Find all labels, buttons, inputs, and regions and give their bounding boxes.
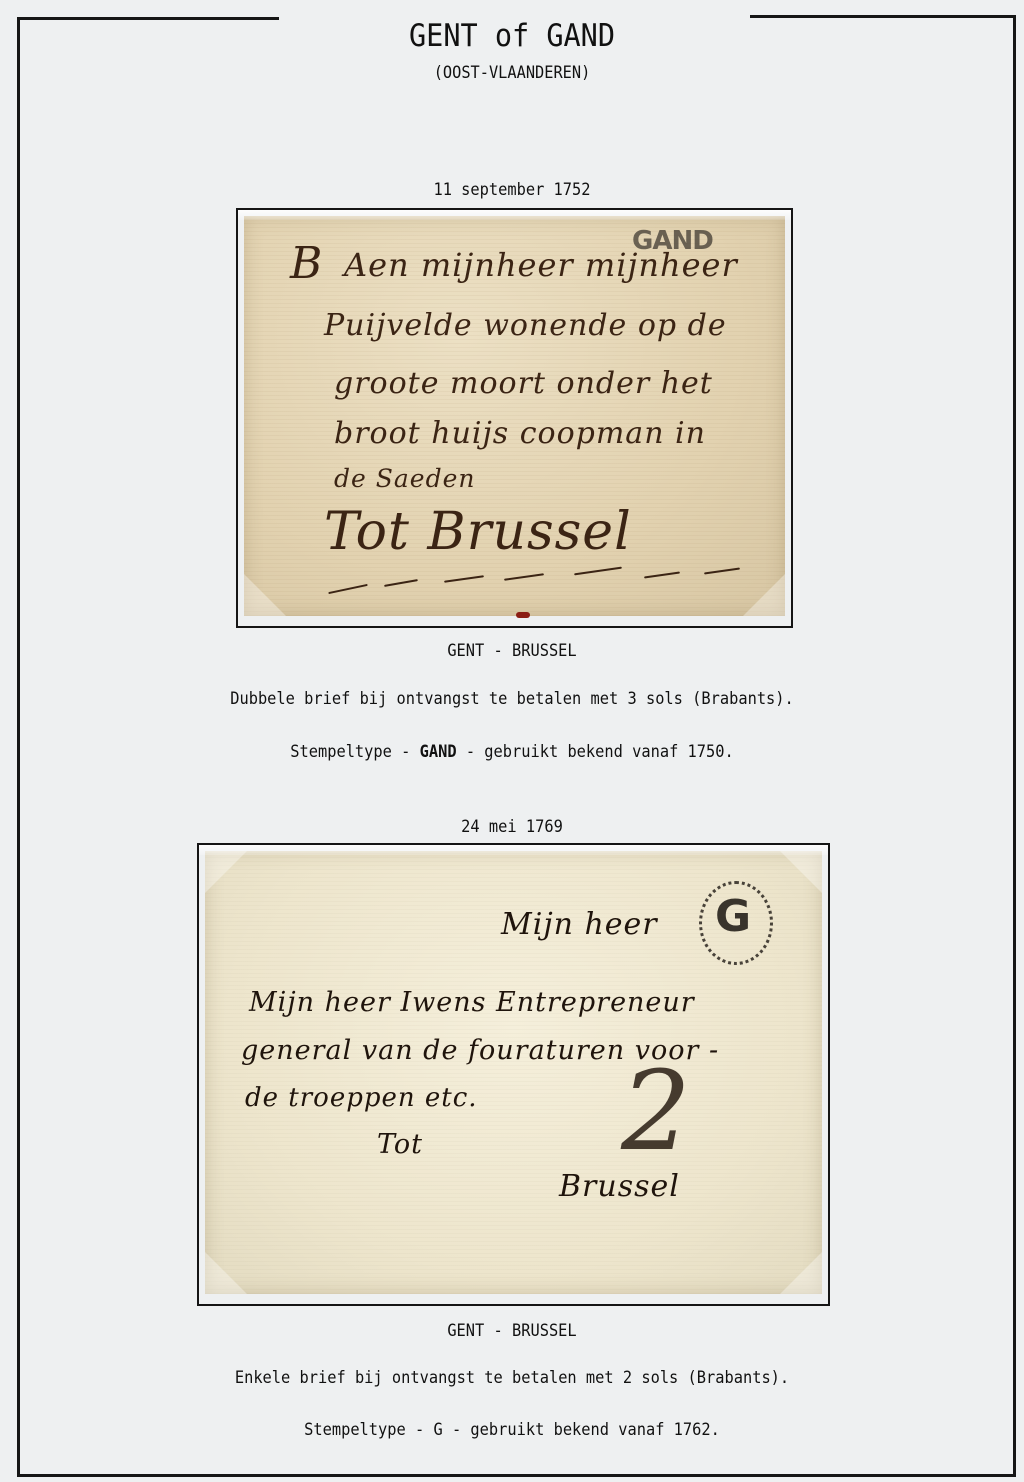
stamp-suffix: - gebruikt bekend vanaf 1762.: [443, 1420, 720, 1439]
mark-left: B: [290, 238, 323, 289]
address-line: de Saeden: [334, 464, 475, 493]
stamp-prefix: Stempeltype -: [290, 742, 419, 761]
cover-description: Enkele brief bij ontvangst te betalen me…: [36, 1368, 988, 1387]
cover-description: Dubbele brief bij ontvangst te betalen m…: [36, 689, 988, 708]
mount-corner: [244, 574, 286, 616]
cover-route: GENT - BRUSSEL: [36, 1321, 988, 1340]
address-line: Mijn heer Iwens Entrepreneur: [249, 987, 695, 1018]
flourish: [644, 572, 680, 579]
page-border-bottom: [17, 1474, 1016, 1477]
flourish: [504, 573, 544, 581]
rate-mark: 2: [621, 1047, 692, 1175]
flourish: [384, 579, 418, 587]
cover-image-2: G Mijn heer Mijn heer Iwens Entrepreneur…: [197, 843, 830, 1306]
flourish: [574, 567, 622, 576]
mount-corner: [205, 851, 247, 893]
cover-date: 24 mei 1769: [36, 817, 988, 836]
page-border-left: [17, 18, 20, 1477]
cover-stamp-type: Stempeltype - G - gebruikt bekend vanaf …: [36, 1420, 988, 1439]
flourish: [444, 575, 484, 583]
mount-corner: [780, 851, 822, 893]
address-line: de troeppen etc.: [245, 1083, 478, 1113]
address-line: Aen mijnheer mijnheer: [344, 246, 738, 284]
postmark-g: G: [715, 891, 751, 942]
mount-corner: [780, 1252, 822, 1294]
cover-route: GENT - BRUSSEL: [36, 641, 988, 660]
wax-seal: [516, 612, 530, 618]
page-subtitle: (OOST-VLAANDEREN): [51, 63, 973, 83]
address-line: Mijn heer: [501, 907, 658, 942]
cover-date: 11 september 1752: [36, 180, 988, 199]
stamp-suffix: - gebruikt bekend vanaf 1750.: [457, 742, 734, 761]
stamp-type-name: GAND: [420, 742, 457, 761]
flourish: [328, 584, 368, 594]
page-title: GENT of GAND: [41, 18, 983, 54]
mount-corner: [743, 574, 785, 616]
mount-sleeve: [199, 845, 828, 855]
cover-image-1: GAND B Aen mijnheer mijnheer Puijvelde w…: [236, 208, 793, 628]
mount-sleeve: [238, 210, 791, 220]
address-line: Puijvelde wonende op de: [324, 308, 727, 343]
stamp-prefix: Stempeltype -: [304, 1420, 433, 1439]
mount-corner: [205, 1252, 247, 1294]
page-border-right: [1013, 15, 1016, 1477]
letter-paper: GAND B Aen mijnheer mijnheer Puijvelde w…: [244, 216, 785, 616]
address-line: Tot: [377, 1129, 423, 1160]
address-line: broot huijs coopman in: [334, 416, 706, 451]
address-city: Tot Brussel: [324, 502, 632, 562]
stamp-type-name: G: [433, 1420, 442, 1439]
address-line: groote moort onder het: [334, 366, 713, 401]
flourish: [704, 568, 740, 575]
letter-paper: G Mijn heer Mijn heer Iwens Entrepreneur…: [205, 851, 822, 1294]
cover-stamp-type: Stempeltype - GAND - gebruikt bekend van…: [36, 742, 988, 761]
